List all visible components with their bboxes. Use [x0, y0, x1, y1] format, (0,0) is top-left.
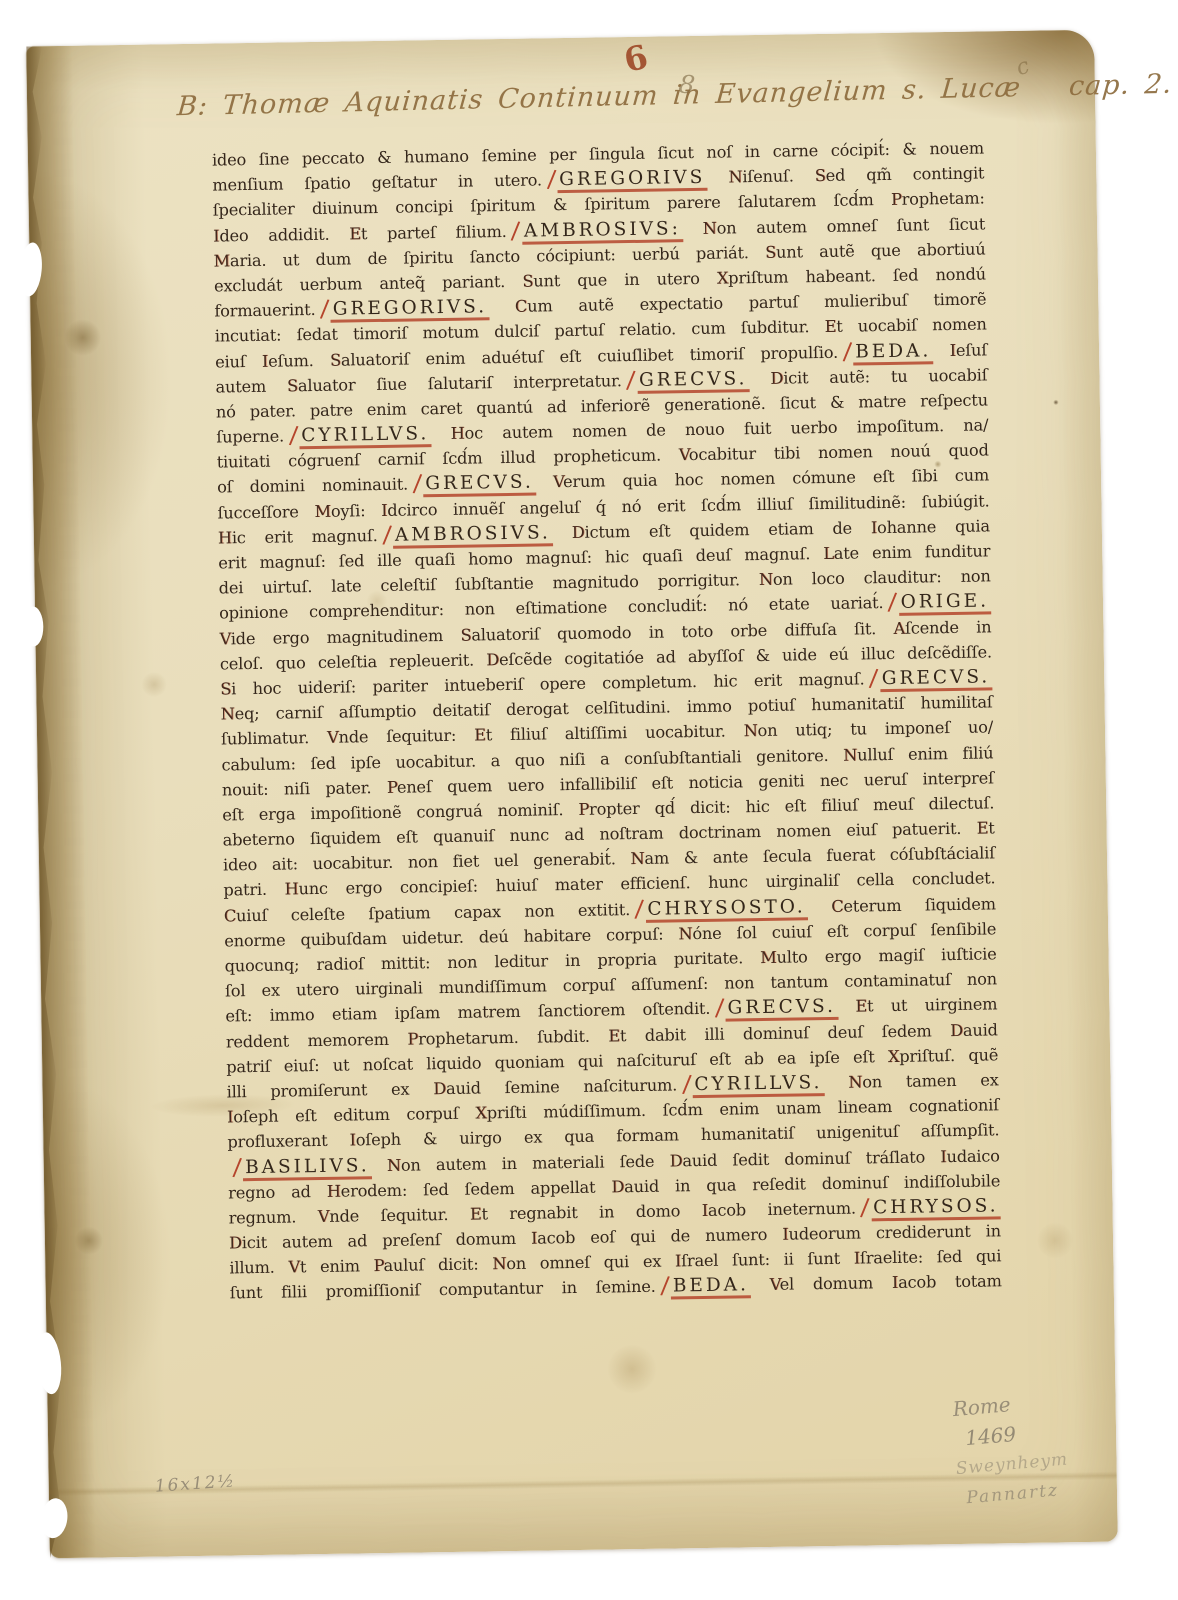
author-name: GREGORIVS — [557, 167, 707, 193]
text-segment: Non autem omneſ ſunt ſicut — [683, 214, 986, 238]
author-name: BASILIVS. — [243, 1155, 372, 1181]
edge-nick — [23, 606, 44, 646]
text-segment: Vel domum Iacob totam — [751, 1272, 1002, 1295]
text-segment: Dicit autẽ: tu uocabiſ — [749, 365, 987, 388]
text-segment: Ceterum ſiquidem — [808, 894, 996, 916]
author-name: GRECVS. — [725, 996, 838, 1022]
text-segment: Niſenuſ. Sed qm̃ contingit — [707, 164, 984, 187]
author-name: GRECVS. — [423, 472, 536, 498]
author-name: AMBROSIVS. — [393, 522, 553, 549]
text-segment: Ideo addidit. Et parteſ filium. — [213, 222, 507, 246]
author-name: CHRYSOS. — [871, 1195, 1001, 1221]
handwritten-title: B: Thomæ Aquinatis Continuum in Evangeli… — [176, 71, 1078, 122]
text-segment: formauerint. — [214, 300, 315, 321]
paragraph-mark: / — [659, 1269, 671, 1304]
text-segment: Dictum eſt quidem etiam de Iohanne quia — [553, 516, 990, 542]
text-segment: oſ domini nominauit. — [217, 475, 408, 497]
text-segment: menſium ſpatio geſtatur in utero. — [212, 171, 542, 195]
handwritten-title-text: B: Thomæ Aquinatis Continuum in Evangeli… — [176, 72, 1022, 122]
text-segment: Et ut uirginem — [838, 995, 998, 1017]
pencil-printer-note: Rome 1469 Sweynheym Pannartz — [951, 1380, 1131, 1514]
text-segment: ſuperne. — [216, 427, 284, 447]
author-name: GRECVS. — [637, 368, 750, 394]
text-segment: Cuiuſ celeſte ſpatium capax non extitit. — [224, 900, 630, 925]
author-name: CYRILLVS. — [299, 423, 431, 449]
text-segment: autem Saluator ſiue ſalutariſ interpreta… — [215, 371, 621, 396]
author-name: ORIGE. — [898, 591, 991, 616]
author-name: AMBROSIVS: — [522, 218, 683, 245]
text-segment: illi promiſerunt ex Dauid ſemine naſcitu… — [226, 1075, 677, 1101]
text-segment: Non tamen ex — [824, 1070, 998, 1092]
photo-backdrop: { "leaf": { "header": { "title": "B: Tho… — [0, 0, 1178, 1600]
text-segment: Hic erit magnuſ. — [218, 526, 378, 548]
author-name: BEDA. — [853, 340, 933, 365]
author-name: BEDA. — [671, 1275, 751, 1300]
author-name: GRECVS. — [880, 666, 993, 692]
author-name: GREGORIVS. — [331, 296, 490, 322]
text-segment: Ieſuſ — [933, 340, 987, 360]
text-segment: eſt: immo etiam ipſam matrem ſanctiorem … — [225, 999, 710, 1026]
text-segment: Verum quia hoc nomen cómune eſt ſibi cum — [536, 466, 990, 492]
pencil-size-note: 16x12½ — [154, 1471, 237, 1496]
printed-text-block: ideo ſine peccato & humano ſemine per ſi… — [212, 135, 1002, 1306]
author-name: CYRILLVS. — [692, 1072, 824, 1098]
author-name: CHRYSOSTO. — [645, 896, 808, 923]
handwritten-chapter: cap. 2. — [1068, 69, 1174, 102]
text-segment: ſunt filii promiſſioniſ computantur in ſ… — [230, 1277, 656, 1303]
manuscript-leaf: 6 8 c B: Thomæ Aquinatis Continuum in Ev… — [26, 30, 1118, 1559]
red-folio-mark: 6 — [620, 37, 651, 80]
